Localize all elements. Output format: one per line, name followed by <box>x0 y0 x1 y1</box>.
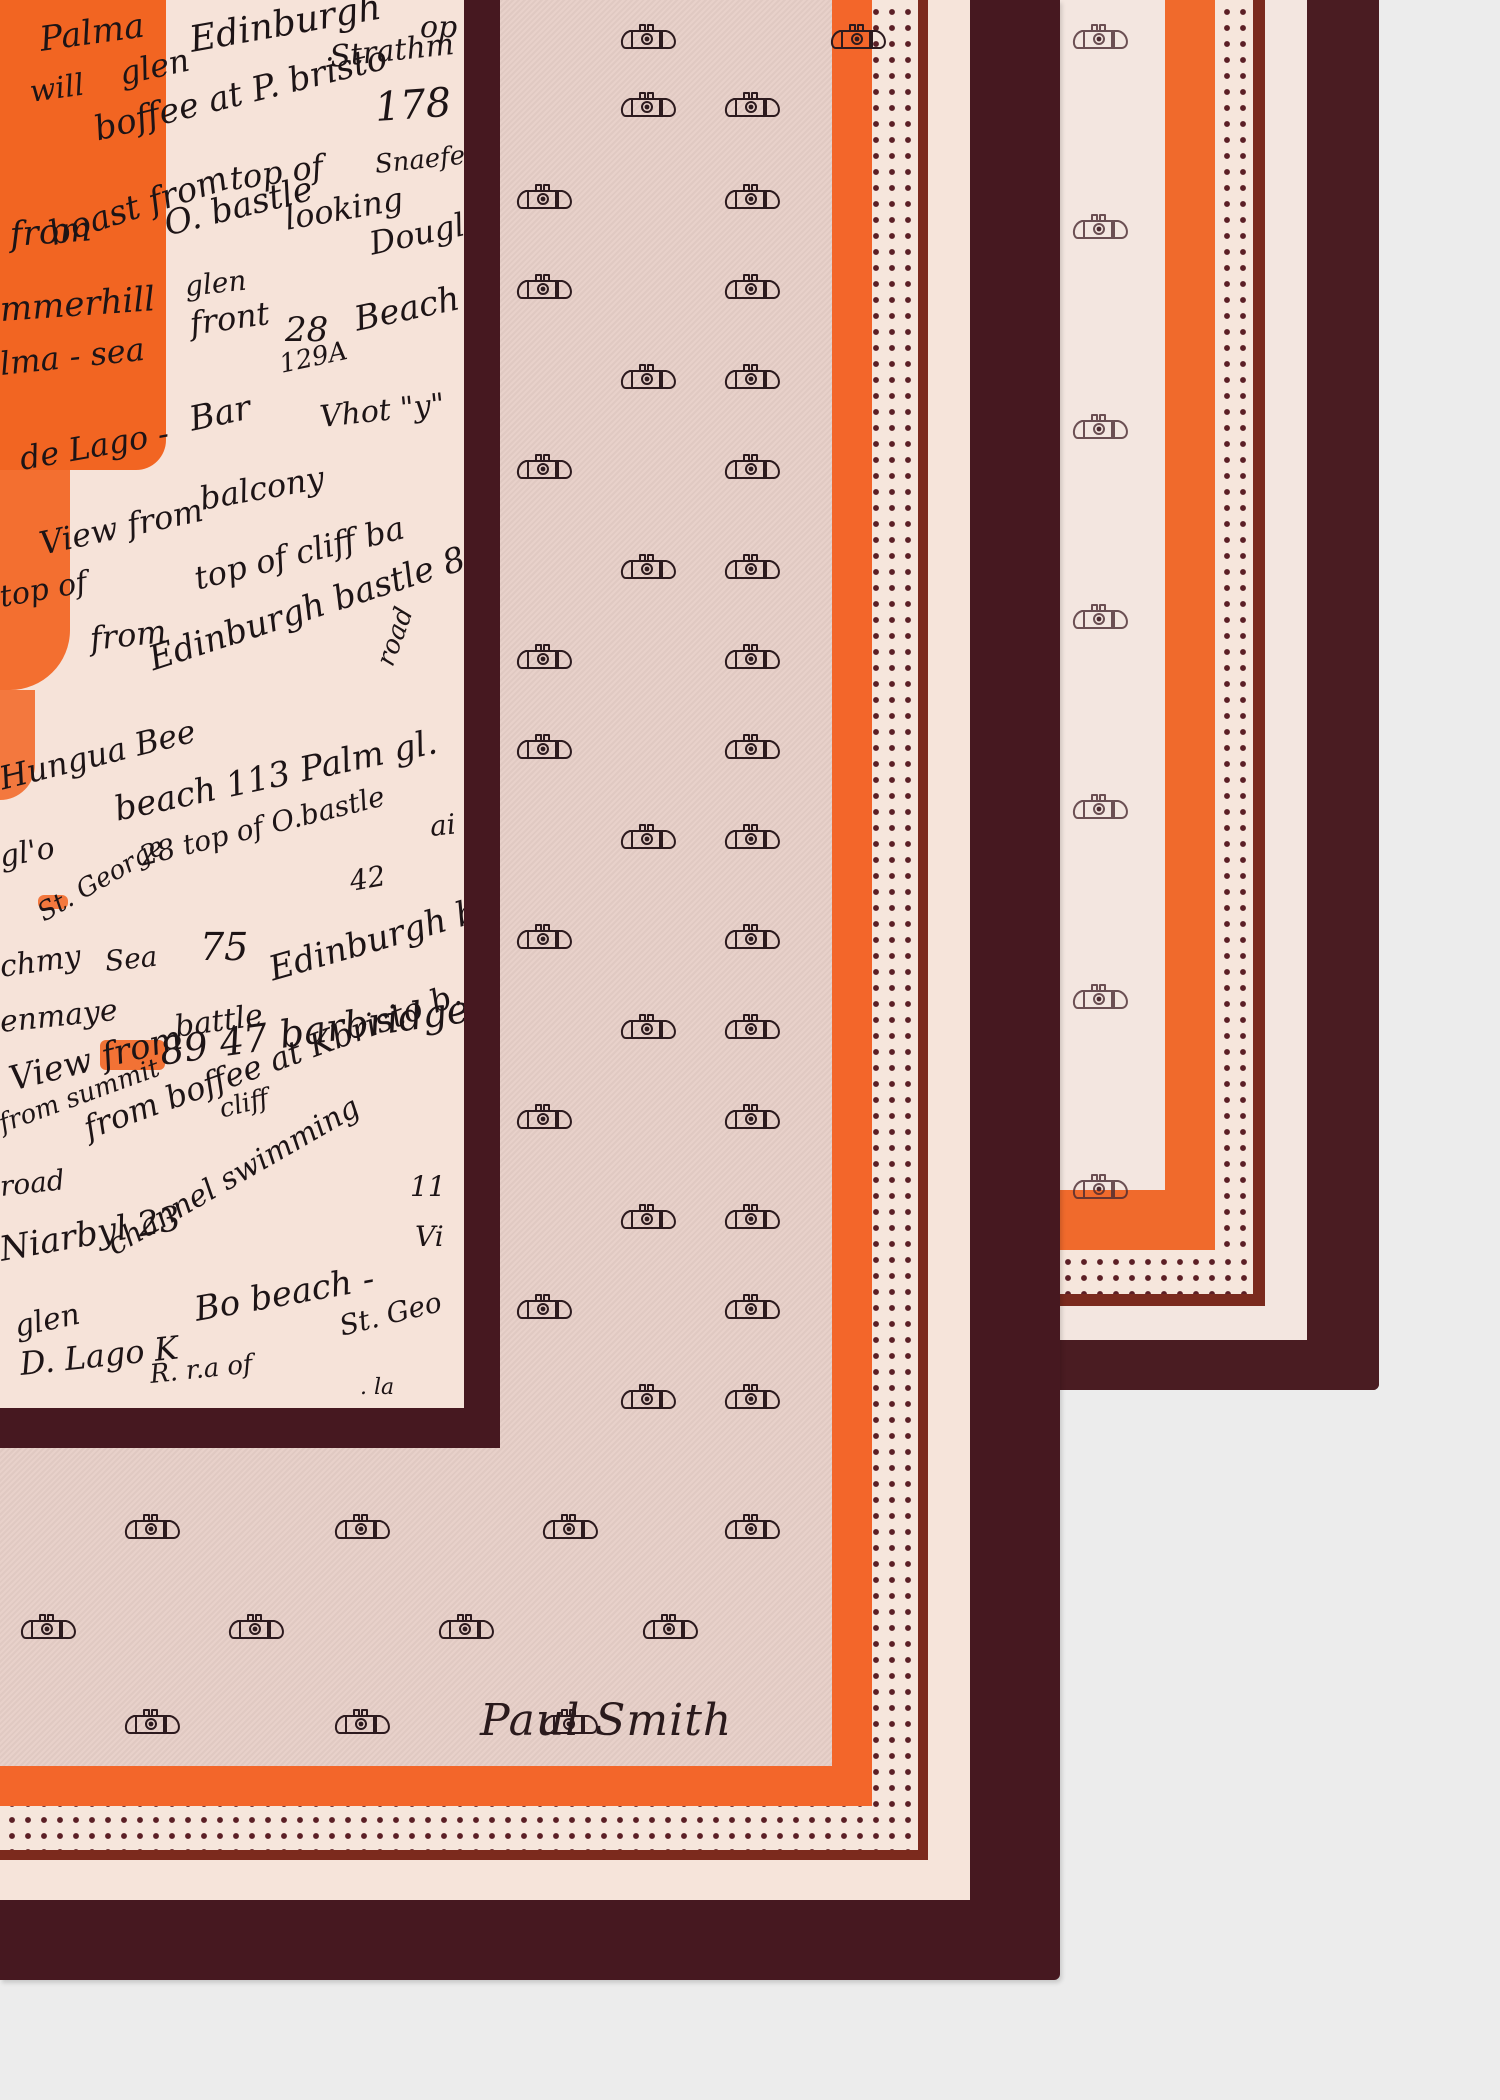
camera-icon <box>514 920 576 952</box>
back-orange-band <box>1165 0 1215 1250</box>
handwritten-note: gl'o <box>0 831 57 875</box>
camera-icon <box>618 88 680 120</box>
camera-icon <box>1070 1170 1132 1202</box>
handwritten-note: de Lago - <box>17 414 172 478</box>
handwritten-note: enmaye <box>0 993 119 1040</box>
camera-icon <box>1070 790 1132 822</box>
camera-icon <box>722 88 784 120</box>
camera-icon <box>722 1380 784 1412</box>
camera-icon <box>618 820 680 852</box>
camera-icon <box>722 550 784 582</box>
camera-icon <box>514 1100 576 1132</box>
handwritten-note: . la <box>360 1375 394 1400</box>
camera-icon <box>514 270 576 302</box>
back-cream-margin-bottom <box>1040 1306 1307 1340</box>
camera-icon <box>1070 600 1132 632</box>
brand-signature: Paul Smith <box>480 1695 732 1746</box>
handwritten-note: lma - sea <box>0 330 146 383</box>
camera-icon <box>722 640 784 672</box>
handwritten-note: 11 <box>410 1170 446 1203</box>
camera-icon <box>514 450 576 482</box>
handwritten-note: Sea <box>103 940 159 978</box>
handwritten-note: top of <box>0 565 90 615</box>
camera-icon <box>828 20 890 52</box>
handwritten-note: Beach <box>351 278 463 339</box>
back-hem-right <box>1307 0 1379 1390</box>
back-dot-band-bottom <box>1040 1250 1253 1294</box>
handwritten-note: ai <box>428 807 457 843</box>
camera-icon <box>122 1705 184 1737</box>
camera-icon <box>722 450 784 482</box>
camera-icon <box>1070 20 1132 52</box>
handwritten-note: will <box>28 68 87 110</box>
camera-icon <box>514 730 576 762</box>
back-cream-margin <box>1265 0 1307 1340</box>
handwritten-note: Vi <box>415 1220 444 1253</box>
camera-icon <box>332 1705 394 1737</box>
camera-icon <box>618 1380 680 1412</box>
camera-icon <box>722 1010 784 1042</box>
camera-icon <box>514 180 576 212</box>
handwritten-note: Snaefell <box>373 139 464 180</box>
camera-icon <box>722 730 784 762</box>
camera-icon <box>722 1510 784 1542</box>
camera-icon <box>618 1010 680 1042</box>
handwritten-note: road <box>0 1163 66 1203</box>
camera-icon <box>640 1610 702 1642</box>
back-dark-line <box>1253 0 1265 1306</box>
camera-icon <box>332 1510 394 1542</box>
handwritten-notes: PalmaEdinburghglenStrathmopwillboffee at… <box>0 0 464 1408</box>
camera-icon <box>618 20 680 52</box>
camera-icon <box>722 1100 784 1132</box>
camera-icon <box>1070 210 1132 242</box>
camera-icon <box>514 640 576 672</box>
handwritten-note: Bar <box>186 388 254 440</box>
back-dark-line-bottom <box>1040 1294 1265 1306</box>
camera-icon <box>1070 410 1132 442</box>
camera-icon <box>122 1510 184 1542</box>
camera-icon <box>618 550 680 582</box>
camera-icon <box>722 820 784 852</box>
handwritten-note: 178 <box>373 80 452 131</box>
handwritten-note: mmerhill <box>0 279 156 330</box>
camera-icon <box>514 1290 576 1322</box>
handwritten-note: balcony <box>197 458 327 517</box>
handwritten-note: chmy <box>0 939 83 985</box>
handwritten-note: glen <box>116 41 193 93</box>
camera-icon <box>1070 980 1132 1012</box>
handwritten-note: 75 <box>200 925 248 969</box>
camera-icon <box>722 270 784 302</box>
camera-icon <box>722 1290 784 1322</box>
handwritten-note: glen <box>11 1297 83 1345</box>
notes-panel: PalmaEdinburghglenStrathmopwillboffee at… <box>0 0 464 1408</box>
camera-icon <box>722 920 784 952</box>
camera-icon <box>618 1200 680 1232</box>
camera-icon <box>618 360 680 392</box>
camera-icon <box>722 180 784 212</box>
handwritten-note: 42 <box>347 859 388 898</box>
handwritten-note: op <box>420 10 457 45</box>
handwritten-note: Vhot "y" <box>318 387 446 435</box>
handwritten-note: View from <box>36 491 206 563</box>
camera-icon <box>540 1510 602 1542</box>
camera-icon <box>226 1610 288 1642</box>
camera-icon <box>436 1610 498 1642</box>
handwritten-note: Edinburgh b <box>264 891 464 989</box>
camera-icon <box>18 1610 80 1642</box>
camera-icon <box>722 360 784 392</box>
handwritten-note: road <box>371 603 420 670</box>
back-dot-band <box>1215 0 1253 1300</box>
camera-icon <box>722 1200 784 1232</box>
back-hem-bottom <box>1040 1340 1379 1390</box>
